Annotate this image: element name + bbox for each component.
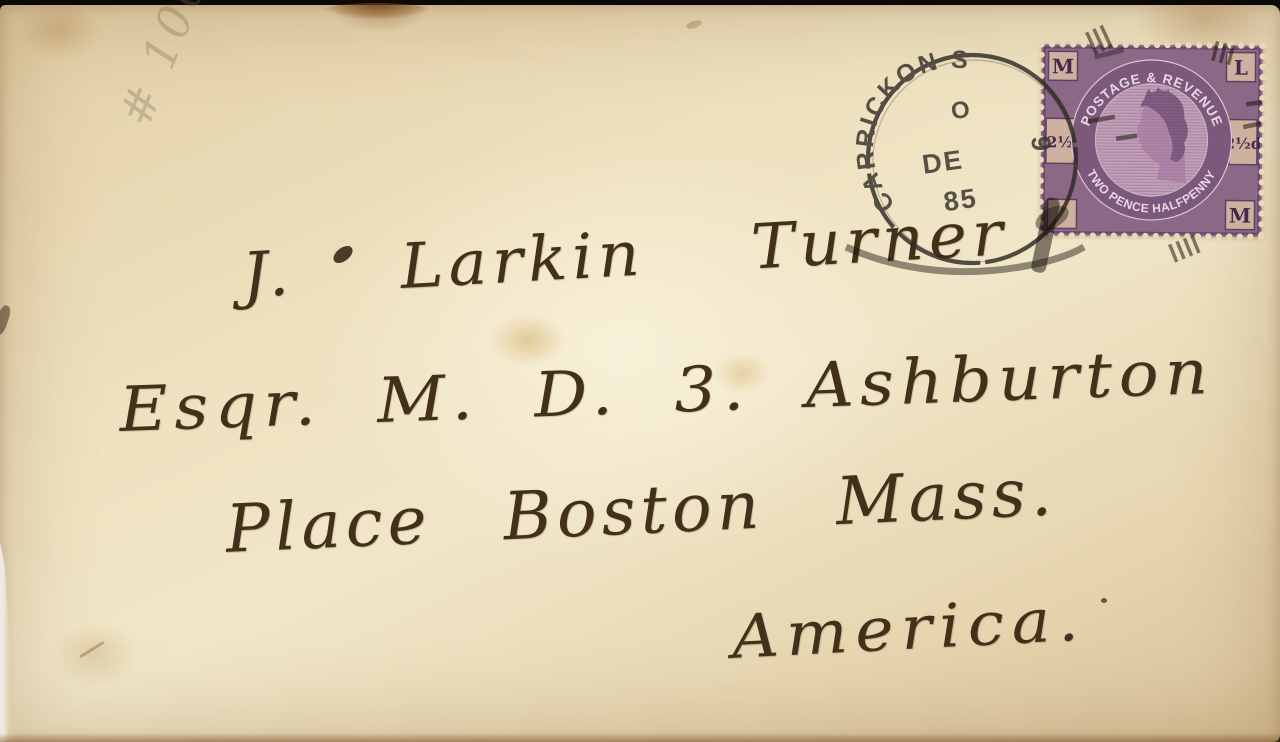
- postmark-town: CARRICKON S: [851, 45, 972, 217]
- stamp-perforations-bottom: [1035, 230, 1266, 242]
- stamp-corner-letter-tl: M: [1052, 54, 1074, 78]
- stamp-perforations-right: [1256, 41, 1267, 242]
- address-line-street: Esqr. M. D. 3. Ashburton: [118, 335, 1215, 446]
- stamp-corner-letter-br: M: [1229, 204, 1251, 228]
- stamp-artwork: M L M 2½ 2½d: [1040, 44, 1262, 237]
- faint-scribble: [79, 641, 104, 658]
- envelope: # 100 J. Larkin Turner Esqr. M. D. 3. As…: [0, 5, 1280, 742]
- stamp-corner-letter-tr: L: [1234, 56, 1248, 80]
- address-line-city: Place Boston Mass.: [224, 453, 1058, 568]
- stamp-perforations-top: [1037, 39, 1268, 51]
- postmark-month: DE: [920, 144, 965, 179]
- pencil-note: # 100: [108, 0, 218, 133]
- queen-victoria-profile: [1095, 84, 1208, 197]
- postage-stamp: M L M 2½ 2½d: [1040, 44, 1262, 237]
- stamp-perforations-left: [1035, 39, 1046, 240]
- bottom-edge-shadow: [0, 733, 1280, 742]
- scan-background: # 100 J. Larkin Turner Esqr. M. D. 3. As…: [0, 0, 1280, 742]
- top-edge-stain: [322, 3, 432, 19]
- worn-corner: [0, 542, 16, 742]
- address-line-country: America.: [730, 584, 1087, 672]
- edge-ink-mark: [0, 304, 12, 336]
- stamp-denomination-left: 2½: [1047, 133, 1073, 151]
- address-line-recipient: J. Larkin Turner: [240, 196, 1010, 312]
- postmark-time-code: O: [949, 96, 971, 125]
- ink-speck: [1101, 598, 1107, 603]
- small-stain: [685, 19, 702, 31]
